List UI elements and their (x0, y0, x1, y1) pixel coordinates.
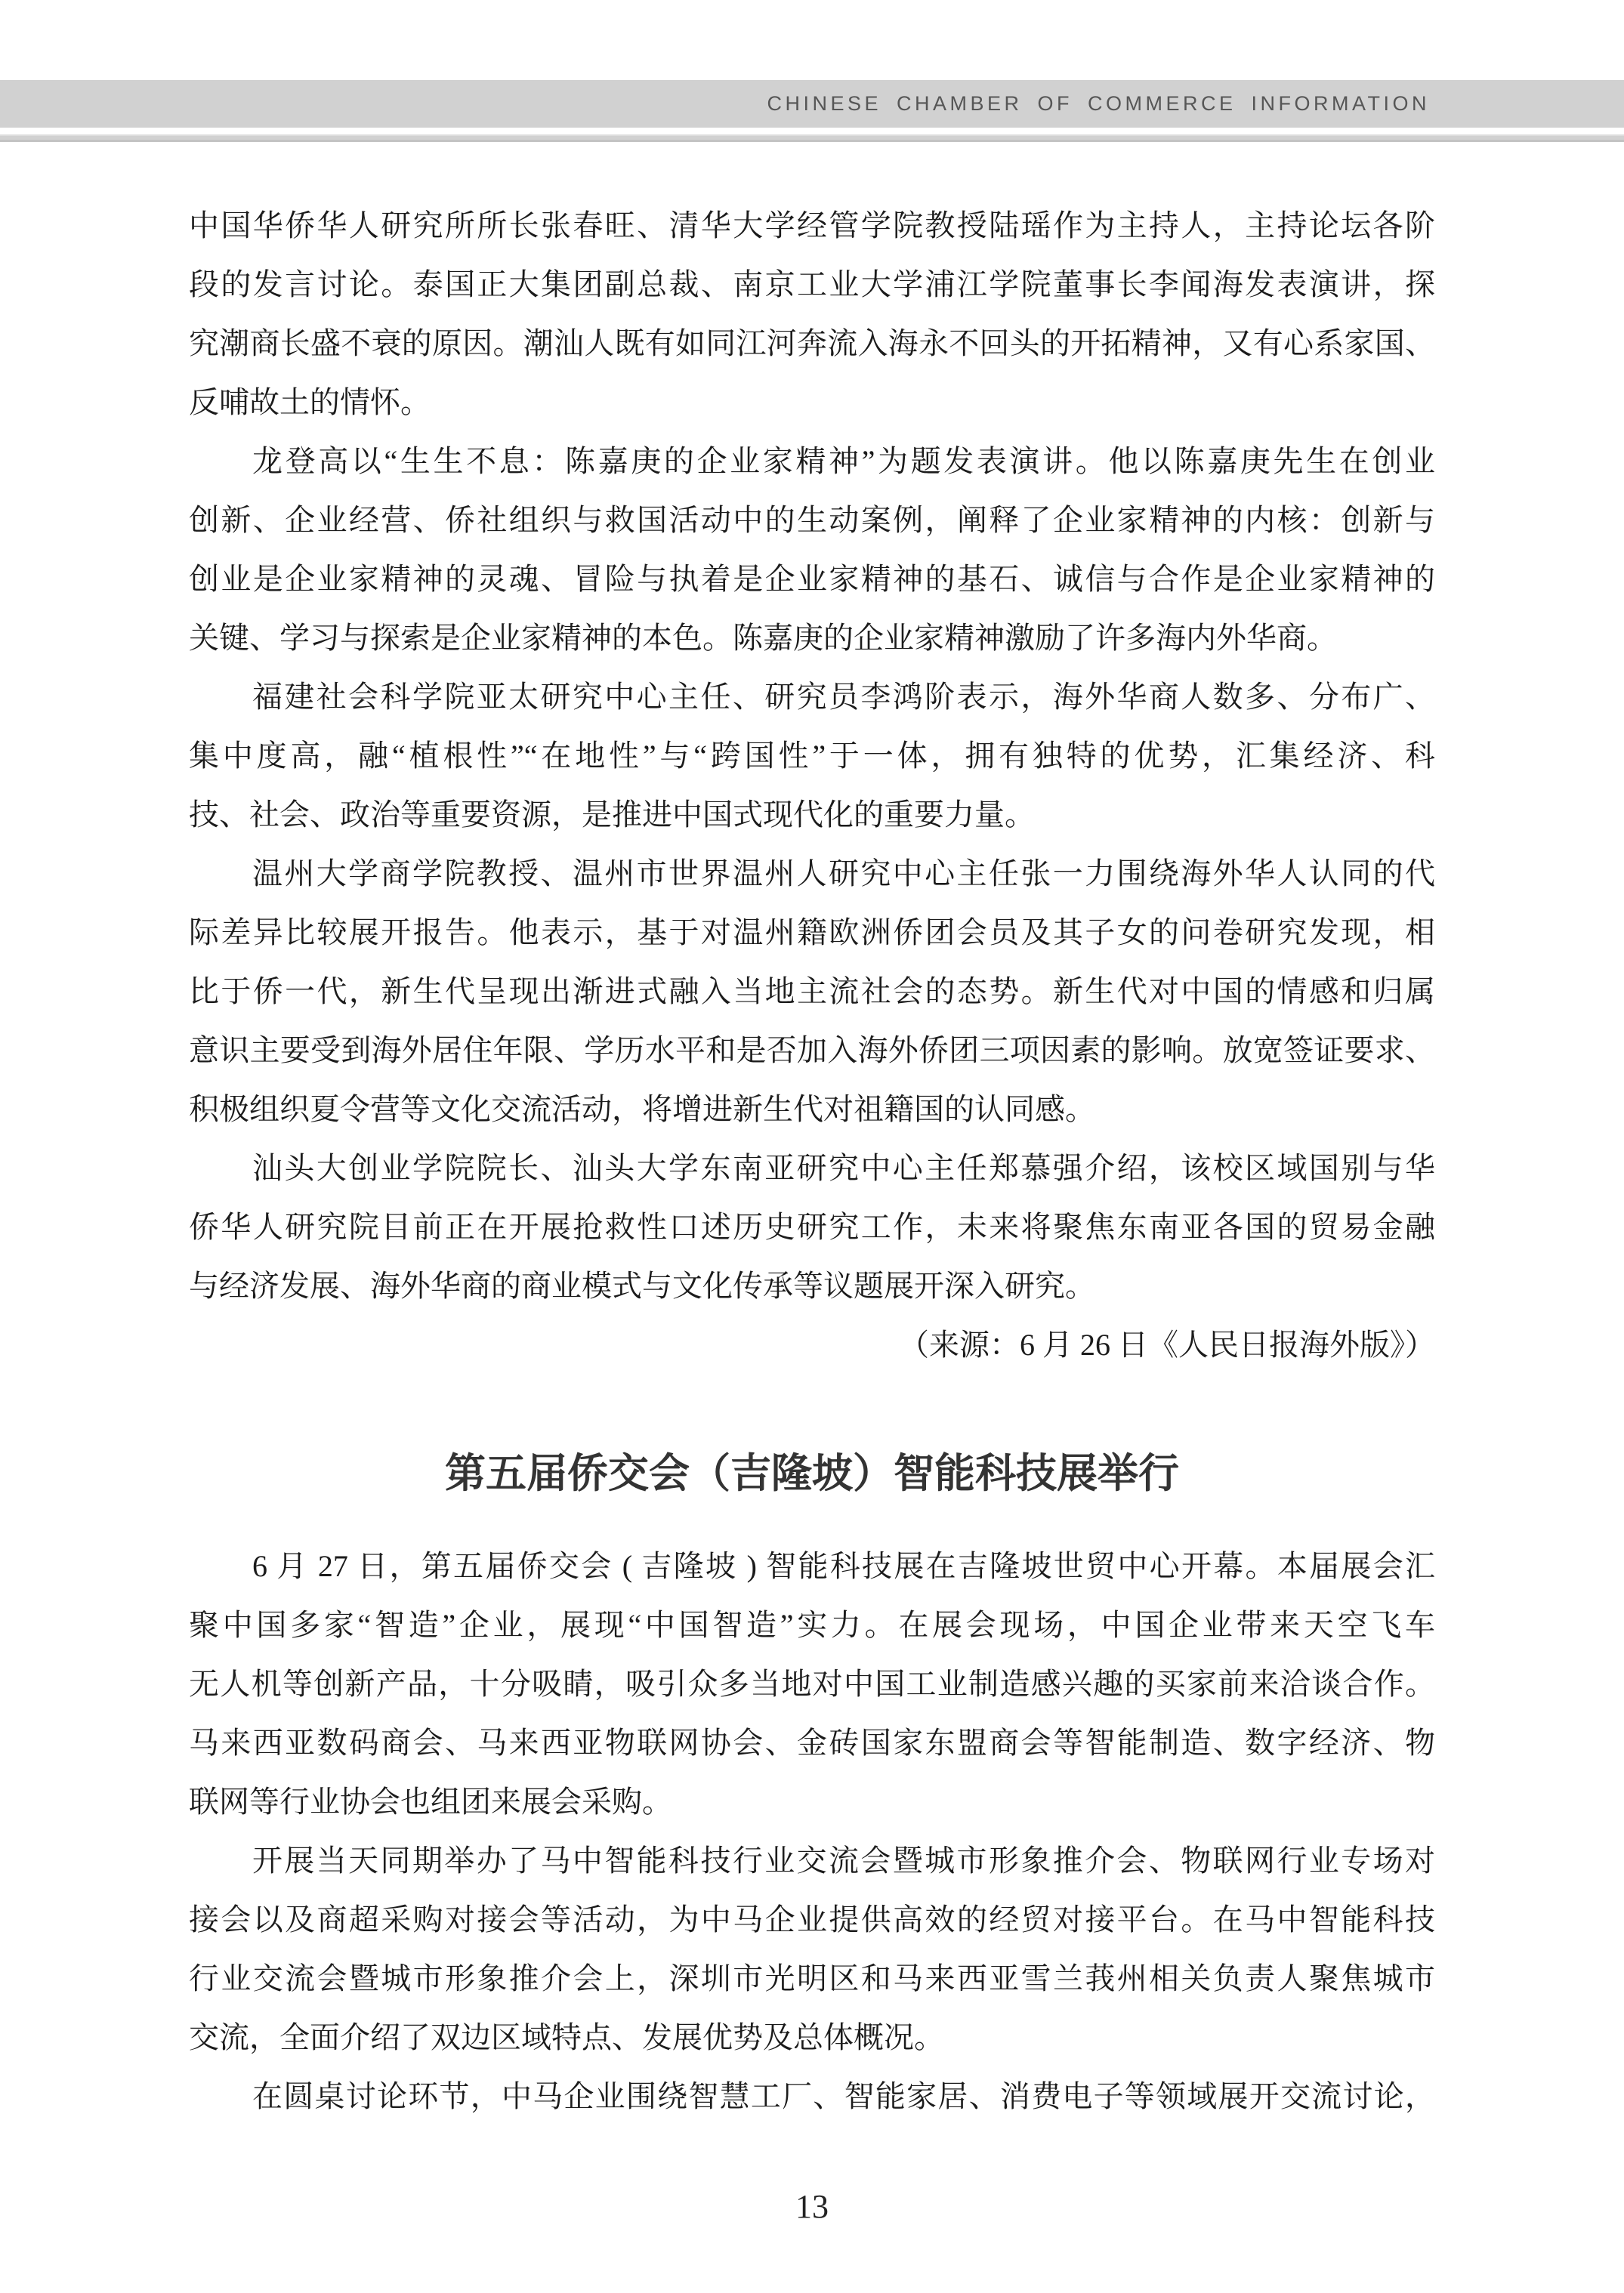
text-line: 中国华侨华人研究所所长张春旺、清华大学经管学院教授陆瑶作为主持人，主持论坛各阶 (189, 196, 1435, 255)
text-line: 反哺故土的情怀。 (189, 373, 1435, 432)
header-title: CHINESE CHAMBER OF COMMERCE INFORMATION (767, 92, 1430, 116)
text-line: 关键、学习与探索是企业家精神的本色。陈嘉庚的企业家精神激励了许多海内外华商。 (189, 609, 1435, 668)
text-line: 行业交流会暨城市形象推介会上，深圳市光明区和马来西亚雪兰莪州相关负责人聚焦城市 (189, 1949, 1435, 2008)
article-1-source-line: （来源：6 月 26 日《人民日报海外版》） (189, 1316, 1435, 1375)
header-band: CHINESE CHAMBER OF COMMERCE INFORMATION (0, 80, 1624, 128)
text-line: 温州大学商学院教授、温州市世界温州人研究中心主任张一力围绕海外华人认同的代 (189, 844, 1435, 903)
text-line: 比于侨一代，新生代呈现出渐进式融入当地主流社会的态势。新生代对中国的情感和归属 (189, 962, 1435, 1021)
article-1-paragraphs: 中国华侨华人研究所所长张春旺、清华大学经管学院教授陆瑶作为主持人，主持论坛各阶段… (189, 196, 1435, 1316)
text-line: 集中度高，融“植根性”“在地性”与“跨国性”于一体，拥有独特的优势，汇集经济、科 (189, 727, 1435, 785)
text-line: 侨华人研究院目前正在开展抢救性口述历史研究工作，未来将聚焦东南亚各国的贸易金融 (189, 1198, 1435, 1257)
text-line: 汕头大创业学院院长、汕头大学东南亚研究中心主任郑慕强介绍，该校区域国别与华 (189, 1139, 1435, 1198)
text-line: 联网等行业协会也组团来展会采购。 (189, 1773, 1435, 1832)
page-number: 13 (0, 2187, 1624, 2227)
text-line: 无人机等创新产品，十分吸睛，吸引众多当地对中国工业制造感兴趣的买家前来洽谈合作。 (189, 1655, 1435, 1714)
text-line: 马来西亚数码商会、马来西亚物联网协会、金砖国家东盟商会等智能制造、数字经济、物 (189, 1714, 1435, 1773)
text-line: 段的发言讨论。泰国正大集团副总裁、南京工业大学浦江学院董事长李闻海发表演讲，探 (189, 255, 1435, 314)
header-rule (0, 134, 1624, 142)
page-content: 中国华侨华人研究所所长张春旺、清华大学经管学院教授陆瑶作为主持人，主持论坛各阶段… (189, 196, 1435, 2126)
text-line: 6 月 27 日，第五届侨交会 ( 吉隆坡 ) 智能科技展在吉隆坡世贸中心开幕。… (189, 1537, 1435, 1596)
text-line: 技、社会、政治等重要资源，是推进中国式现代化的重要力量。 (189, 785, 1435, 844)
text-line: 创业是企业家精神的灵魂、冒险与执着是企业家精神的基石、诚信与合作是企业家精神的 (189, 550, 1435, 609)
text-line: 交流，全面介绍了双边区域特点、发展优势及总体概况。 (189, 2008, 1435, 2067)
article-1: 中国华侨华人研究所所长张春旺、清华大学经管学院教授陆瑶作为主持人，主持论坛各阶段… (189, 196, 1435, 1375)
article-2-title: 第五届侨交会（吉隆坡）智能科技展举行 (189, 1443, 1435, 1504)
text-line: 开展当天同期举办了马中智能科技行业交流会暨城市形象推介会、物联网行业专场对 (189, 1832, 1435, 1890)
text-line: 福建社会科学院亚太研究中心主任、研究员李鸿阶表示，海外华商人数多、分布广、 (189, 668, 1435, 727)
text-line: 接会以及商超采购对接会等活动，为中马企业提供高效的经贸对接平台。在马中智能科技 (189, 1890, 1435, 1949)
article-2: 6 月 27 日，第五届侨交会 ( 吉隆坡 ) 智能科技展在吉隆坡世贸中心开幕。… (189, 1537, 1435, 2126)
text-line: 创新、企业经营、侨社组织与救国活动中的生动案例，阐释了企业家精神的内核：创新与 (189, 491, 1435, 550)
text-line: 与经济发展、海外华商的商业模式与文化传承等议题展开深入研究。 (189, 1257, 1435, 1316)
text-line: 聚中国多家“智造”企业，展现“中国智造”实力。在展会现场，中国企业带来天空飞车 (189, 1596, 1435, 1655)
text-line: 龙登高以“生生不息：陈嘉庚的企业家精神”为题发表演讲。他以陈嘉庚先生在创业 (189, 432, 1435, 491)
text-line: 究潮商长盛不衰的原因。潮汕人既有如同江河奔流入海永不回头的开拓精神，又有心系家国… (189, 314, 1435, 373)
text-line: 际差异比较展开报告。他表示，基于对温州籍欧洲侨团会员及其子女的问卷研究发现，相 (189, 903, 1435, 962)
article-2-paragraphs: 6 月 27 日，第五届侨交会 ( 吉隆坡 ) 智能科技展在吉隆坡世贸中心开幕。… (189, 1537, 1435, 2126)
text-line: 积极组织夏令营等文化交流活动，将增进新生代对祖籍国的认同感。 (189, 1080, 1435, 1139)
text-line: 在圆桌讨论环节，中马企业围绕智慧工厂、智能家居、消费电子等领域展开交流讨论， (189, 2067, 1435, 2126)
text-line: 意识主要受到海外居住年限、学历水平和是否加入海外侨团三项因素的影响。放宽签证要求… (189, 1021, 1435, 1080)
